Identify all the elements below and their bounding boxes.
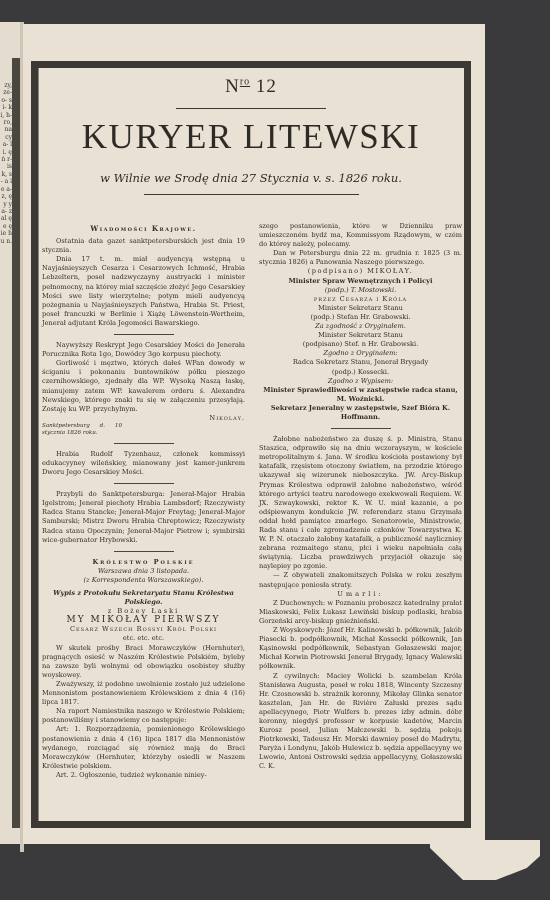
paragraph: Naywyższy Reskrypt Jego Cesarskiey Mości… [42,341,245,359]
issue-number: Nro 12 [38,76,464,98]
source-line: (z Korrespondenta Warszawskiego). [42,576,245,585]
signature-line: (podp.) Stefan Hr. Grabowski. [259,313,462,322]
paragraph: Zważywszy, iż podobne uwolnienie zostało… [42,680,245,707]
section-title: Wiadomości Krajowe. [42,224,245,233]
dateline-rule [144,194,359,195]
signature-line: (podpisano) Stef. n Hr. Grabowski. [259,340,462,349]
signature-line: (podp.) Kossecki. [259,368,462,377]
signature-line: Zgodno z Wypisem: [259,377,462,386]
signature-line: Minister Sprawiedliwości w zastępstwie r… [259,386,462,404]
section-title: Umarli: [259,590,462,599]
paragraph: Gorliwość i męztwo, których dałeś WPan d… [42,359,245,414]
torn-page-corner [430,840,540,880]
signature-line: Sekretarz Jeneralny w zastępstwie, Szef … [259,404,462,422]
paragraph: Żałobne nabożeństwo za duszę ś. p. Minis… [259,435,462,571]
paragraph: szego postanowienia, które w Dzienniku p… [259,222,462,249]
separator [114,334,174,335]
etc-line: etc. etc. etc. [42,634,245,643]
article-columns: Wiadomości Krajowe. Ostatnia data gazet … [42,222,462,780]
monarch-name: MY MIKOŁAY PIERWSZY [42,616,245,625]
paragraph: Z Duchownych: w Poznaniu proboszcz kated… [259,599,462,626]
paragraph: Ostatnia data gazet sanktpetersburskich … [42,237,245,255]
adjacent-page-text: zy, ze- o- si- ki, h- ro, na cy a- li. ę… [0,82,12,245]
signature-line: Minister Sekretarz Stanu [259,331,462,340]
section-title: Królestwo Polskie [42,558,245,567]
signature-line: (podp.) T. Mostowski. [259,286,462,295]
separator [114,483,174,484]
right-column: szego postanowienia, które w Dzienniku p… [259,222,462,780]
header-rule [176,108,326,109]
signature: Nikolay. [42,414,245,423]
left-column: Wiadomości Krajowe. Ostatnia data gazet … [42,222,245,780]
paragraph: Art. 2. Ogłoszenie, tudzież wykonanie ni… [42,771,245,780]
adjacent-page-strip: zy, ze- o- si- ki, h- ro, na cy a- li. ę… [0,22,22,844]
signature-line: Minister Spraw Wewnętrznych i Policyi [259,277,462,286]
signature-line: Za zgodność z Oryginałem. [259,322,462,331]
separator [114,443,174,444]
separator [114,551,174,552]
place-date: Warszawa dnia 3 listopada. [42,567,245,576]
signature-line: Zgodno z Oryginałem: [259,349,462,358]
paragraph: Z cywilnych: Maciey Wolicki b. szambelan… [259,672,462,772]
masthead-title: KURYER LITEWSKI [38,117,464,157]
paragraph: W skutek prośby Braci Morawczyków (Hernh… [42,644,245,680]
signature-line: Radca Sekretarz Stanu, Jenerał Brygady [259,358,462,367]
paragraph: Przybyli do Sanktpetersburga: Jenerał-Ma… [42,490,245,545]
signature-line: Minister Sekretarz Stanu [259,304,462,313]
paragraph: Dan w Petersburgu dnia 22 m. grudnia r. … [259,249,462,267]
dateline: w Wilnie we Srodę dnia 27 Stycznia v. s.… [38,171,464,185]
separator [331,428,391,429]
place-date: Sanktpetersburg d. 10 stycznia 1826 roku… [42,423,122,437]
signature: (podpisano) MIKOŁAY. [259,267,462,276]
paragraph: Z Woyskowych: Józef Hr. Kalinowski b. pó… [259,626,462,671]
paragraph: Art: 1. Rozporządzenia, pomienionego Kró… [42,725,245,770]
protocol-title: Wypis z Protokułu Sekretaryatu Stanu Kró… [42,589,245,607]
monarch-titles: Cesarz Wszech Rossyi Król Polski [42,625,245,634]
newspaper-header: Nro 12 KURYER LITEWSKI w Wilnie we Srodę… [38,72,464,195]
signature-line: przez Cesarza i Króla [259,295,462,304]
paragraph: Na raport Namiestnika naszego w Królestw… [42,707,245,725]
adjacent-page-border [12,58,20,828]
paragraph: Hrabia Rudolf Tyzenhauz, członek kommiss… [42,450,245,477]
paragraph: Dnia 17 t. m. miał audyencyą wstępną u N… [42,255,245,328]
paragraph: — Z obywateli znakomitszych Polska w rok… [259,571,462,589]
